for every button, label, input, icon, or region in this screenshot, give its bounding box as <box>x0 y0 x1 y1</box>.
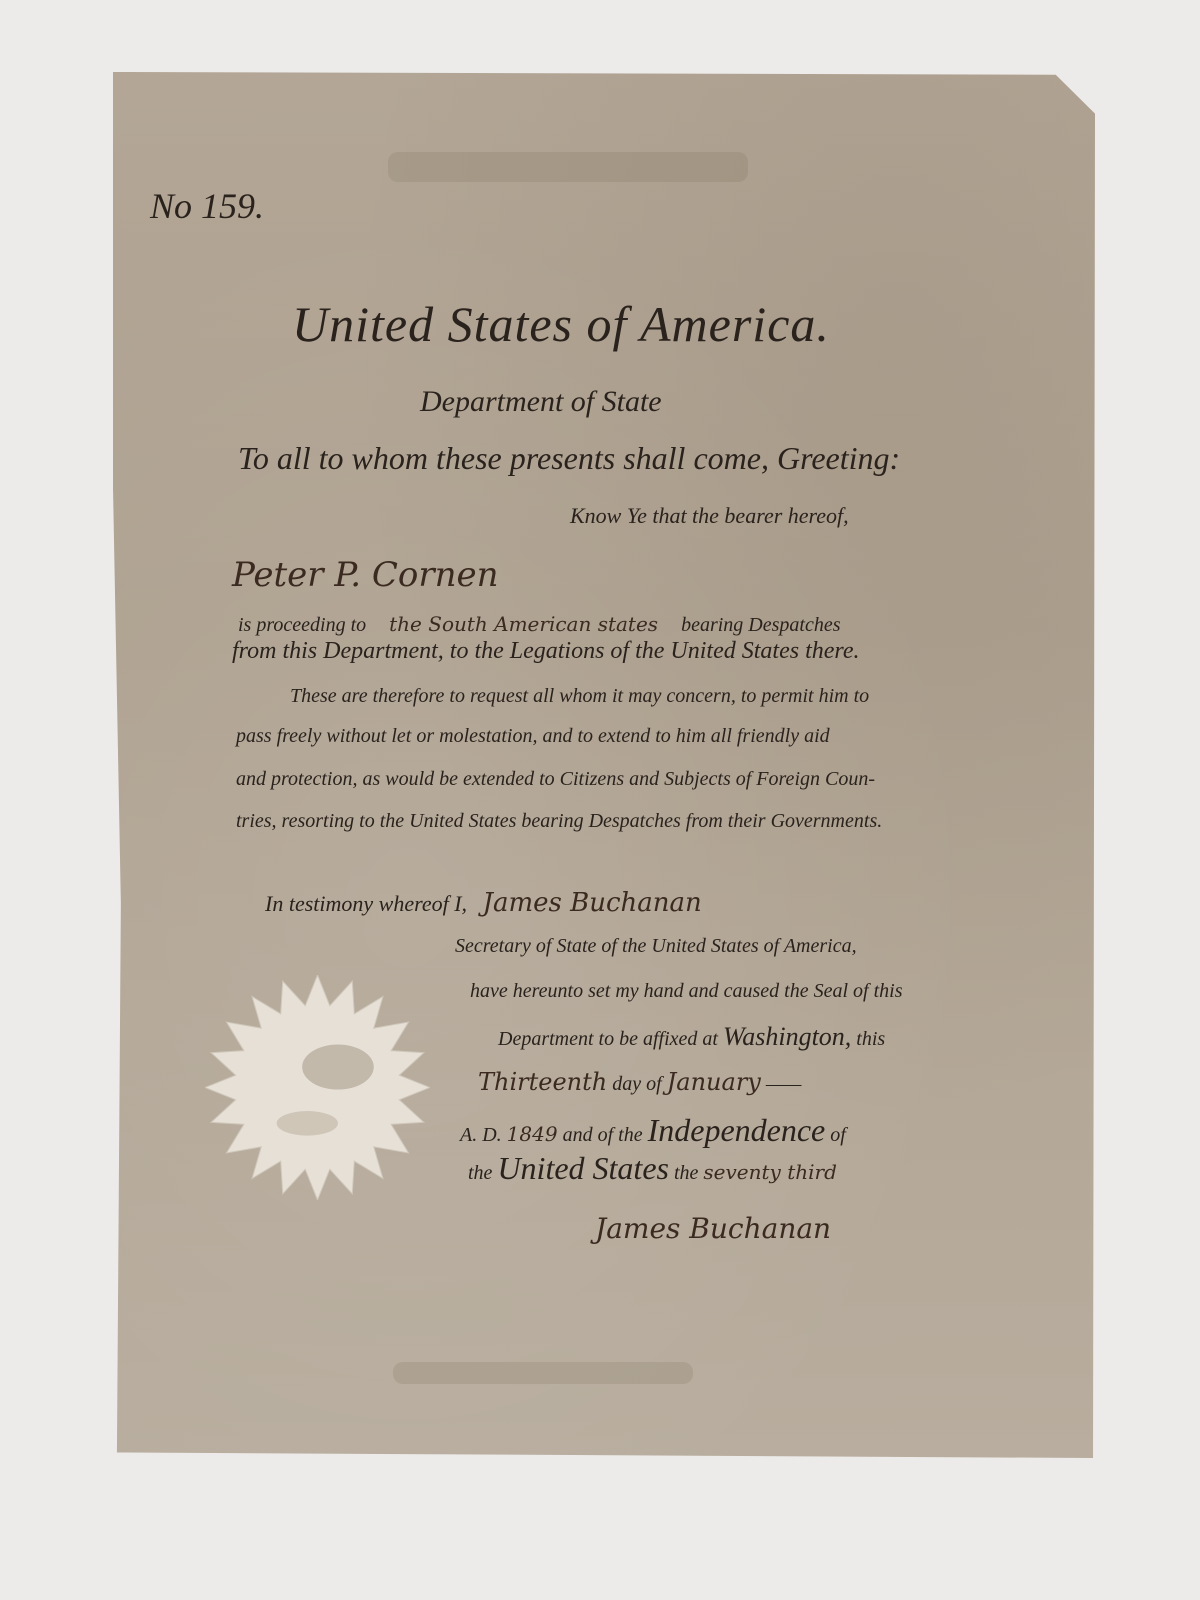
department-heading: Department of State <box>420 385 662 419</box>
fold-stain <box>388 152 748 182</box>
year-post: and of the <box>563 1124 643 1146</box>
year-line: A. D. 1849 and of the Independence of <box>460 1112 846 1149</box>
body-line-6: tries, resorting to the United States be… <box>236 810 882 833</box>
united-states: United States <box>497 1150 669 1186</box>
signature: James Buchanan <box>595 1212 831 1245</box>
greeting: To all to whom these presents shall come… <box>238 440 900 477</box>
know-ye-line: Know Ye that the bearer hereof, <box>570 503 849 529</box>
month-handwritten: January <box>667 1068 761 1096</box>
body-line-1-pre: is proceeding to <box>238 614 366 636</box>
the2: the <box>674 1162 698 1184</box>
testimony-line-3: have hereunto set my hand and caused the… <box>470 980 903 1003</box>
secretary-name-handwritten: James Buchanan <box>483 888 702 918</box>
line4-pre: Department to be affixed at <box>498 1028 718 1050</box>
body-line-4: pass freely without let or molestation, … <box>236 725 830 748</box>
destination-handwritten: the South American states <box>389 612 658 636</box>
ordinal-line: the United States the seventy third <box>468 1150 837 1187</box>
passport-document <box>113 72 1095 1458</box>
ad: A. D. <box>460 1124 502 1146</box>
independence: Independence <box>648 1112 826 1148</box>
body-line-1: is proceeding to the South American stat… <box>238 612 840 637</box>
date-line: Thirteenth day of January —— <box>478 1068 801 1096</box>
line4-post: this <box>856 1028 885 1050</box>
year-handwritten: 1849 <box>507 1122 558 1146</box>
body-line-5: and protection, as would be extended to … <box>236 768 875 791</box>
document-title: United States of America. <box>292 295 830 353</box>
of: of <box>830 1124 846 1146</box>
fold-stain <box>393 1362 693 1384</box>
bearer-name: Peter P. Cornen <box>232 555 499 595</box>
day-handwritten: Thirteenth <box>478 1068 607 1096</box>
body-line-3: These are therefore to request all whom … <box>290 685 869 708</box>
body-line-2: from this Department, to the Legations o… <box>232 638 860 665</box>
document-number: No 159. <box>150 185 264 227</box>
day-of: day of <box>612 1073 661 1095</box>
seal-icon <box>205 975 430 1200</box>
testimony-line-4: Department to be affixed at Washington, … <box>498 1022 885 1052</box>
testimony-line-1: In testimony whereof I, James Buchanan <box>265 888 702 918</box>
testimony-pre: In testimony whereof I, <box>265 891 467 916</box>
testimony-line-2: Secretary of State of the United States … <box>455 935 857 958</box>
the: the <box>468 1162 492 1184</box>
ordinal-handwritten: seventy third <box>703 1160 837 1184</box>
place-washington: Washington, <box>723 1022 851 1051</box>
body-line-1-post: bearing Despatches <box>681 614 840 636</box>
